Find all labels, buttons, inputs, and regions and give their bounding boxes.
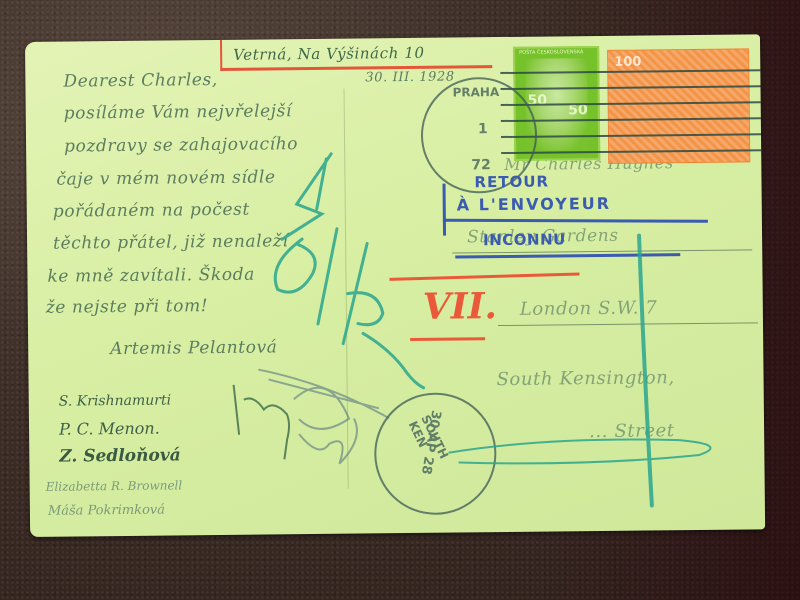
postcard: Vetrná, Na Výšinách 10 30. III. 1928 Dea… (25, 34, 765, 537)
crayon-marks (25, 34, 765, 537)
